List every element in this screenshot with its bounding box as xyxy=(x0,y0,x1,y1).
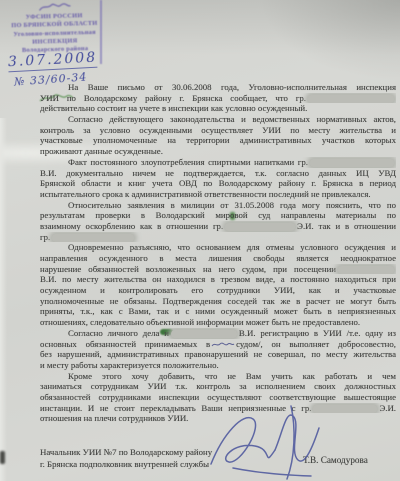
signature-block: Начальник УИИ №7 по Володарскому району … xyxy=(40,447,212,470)
text-line: и месту работы характеризуется положител… xyxy=(40,360,396,371)
redaction-smudge xyxy=(225,223,295,231)
text-line: направления осужденного в места лишения … xyxy=(40,253,396,264)
text-line: взаимному оскорблению как в отношении гр… xyxy=(40,221,396,232)
text-line: нарушение обязанностей возложенных на не… xyxy=(40,264,396,275)
text-line: Одновременно разъясняю, что основанием д… xyxy=(40,242,396,253)
text-line: испытательного срока к административной … xyxy=(40,189,396,200)
redaction-smudge xyxy=(52,234,134,242)
redaction-smudge xyxy=(338,266,394,274)
text-line: В.И. по месту жительства он находился в … xyxy=(40,274,396,285)
text-line: контроль за условно осужденными осуществ… xyxy=(40,125,396,136)
redaction-smudge xyxy=(308,95,394,103)
stamp-frame-edge xyxy=(100,0,102,64)
text-line: действительно состоит на учете в инспекц… xyxy=(40,103,396,114)
scanned-letter-page: { "stamp": { "lines": [ "УФСИН РОССИИ", … xyxy=(0,0,400,481)
text-line: В.И. документально ничем не подтверждает… xyxy=(40,168,396,179)
signer-title-line: Начальник УИИ №7 по Володарскому району xyxy=(40,447,212,459)
redaction-smudge xyxy=(313,405,377,413)
text-line: гр. xyxy=(40,232,396,243)
letter-body: На Ваше письмо от 30.06.2008 года, Уголо… xyxy=(40,82,396,424)
top-right-shadow xyxy=(260,0,400,80)
text-line: Факт постоянного злоупотребления спиртны… xyxy=(40,157,396,168)
text-line: Согласно действующего законодательства и… xyxy=(40,114,396,125)
redaction-smudge xyxy=(171,330,237,338)
left-page-edge xyxy=(0,118,7,481)
text-line: УИИ по Володарскому району г. Брянска со… xyxy=(40,93,396,104)
text-line: осужденном и контролировать его сотрудни… xyxy=(40,285,396,296)
signature-scribble xyxy=(203,402,323,481)
text-line: проживают данные осужденные. xyxy=(40,146,396,157)
text-line: На Ваше письмо от 30.06.2008 года, Уголо… xyxy=(40,82,396,93)
scan-artifact-speck xyxy=(0,451,5,464)
redaction-smudge xyxy=(310,159,394,167)
stamp-emblem xyxy=(37,3,71,13)
text-line: без нарушений, административных правонар… xyxy=(40,349,396,360)
handwritten-insertion-squiggle xyxy=(211,340,235,349)
office-stamp: УФСИН РОССИИ ПО БРЯНСКОЙ ОБЛАСТИ Уголовн… xyxy=(5,2,103,56)
text-line: основных обязанностей принимаемых всудом… xyxy=(40,339,396,350)
text-line: Относительно заявления в милиции от 31.0… xyxy=(40,200,396,211)
text-line: Брянской области и книг учета ОВД по Вол… xyxy=(40,178,396,189)
signer-title-line: г. Брянска подполковник внутренней служб… xyxy=(40,459,212,471)
text-line: Согласно личного дела иВ.И. регистрацию … xyxy=(40,328,396,339)
text-line: участковые уполномоченные на территории … xyxy=(40,135,396,146)
text-line: Кроме этого хочу добавить, что не Вам уч… xyxy=(40,371,396,382)
text-line: уполномоченные не обязаны. Подтверждения… xyxy=(40,296,396,307)
text-line: отношениях, следовательно объективной ин… xyxy=(40,317,396,328)
text-line: приняты, т.к., как с Вами, так и с ними … xyxy=(40,306,396,317)
text-line: заниматься сотрудникам УИИ т.к. контроль… xyxy=(40,381,396,392)
text-line: результатам проверки в Володарский миров… xyxy=(40,210,396,221)
